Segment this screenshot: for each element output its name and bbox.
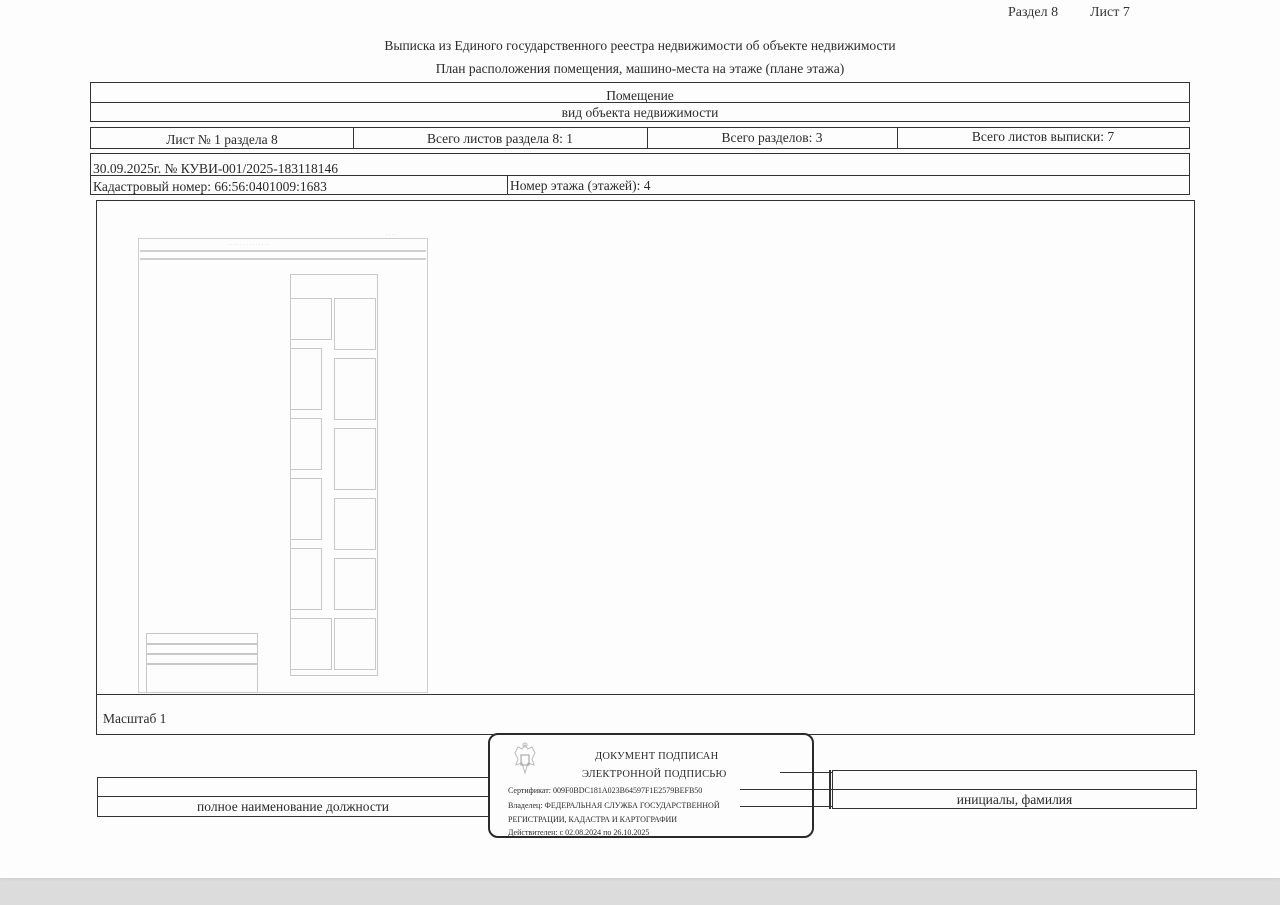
stamp-certificate: Сертификат: 009F0BDC181A023B64597F1E2579…	[508, 786, 702, 795]
sheet-info-row: Лист № 1 раздела 8 Всего листов раздела …	[90, 127, 1190, 149]
stamp-line-2: ЭЛЕКТРОННОЙ ПОДПИСЬЮ	[582, 769, 727, 780]
e-signature-stamp: ДОКУМЕНТ ПОДПИСАН ЭЛЕКТРОННОЙ ПОДПИСЬЮ С…	[488, 733, 814, 838]
section-label: Раздел 8	[1008, 5, 1058, 21]
total-sheets-extract: Всего листов выписки: 7	[897, 129, 1189, 145]
sheet-label: Лист 7	[1090, 5, 1130, 21]
name-caption: инициалы, фамилия	[833, 792, 1196, 808]
object-type-box: Помещение вид объекта недвижимости	[90, 82, 1190, 122]
stamp-line-1: ДОКУМЕНТ ПОДПИСАН	[595, 751, 718, 762]
name-field: инициалы, фамилия	[832, 770, 1197, 809]
floor-number: Номер этажа (этажей): 4	[510, 178, 651, 194]
floor-plan-image: · · · · · · · · · · · · · · · · · ·	[138, 238, 428, 693]
position-caption: полное наименование должности	[98, 799, 488, 815]
cadastral-number: Кадастровый номер: 66:56:0401009:1683	[93, 179, 327, 195]
coat-of-arms-icon	[510, 741, 540, 777]
position-field: полное наименование должности	[97, 777, 488, 817]
document-subtitle: План расположения помещения, машино-мест…	[0, 61, 1280, 77]
stamp-owner-line-1: Владелец: ФЕДЕРАЛЬНАЯ СЛУЖБА ГОСУДАРСТВЕ…	[508, 801, 720, 810]
stamp-owner-line-2: РЕГИСТРАЦИИ, КАДАСТРА И КАРТОГРАФИИ	[508, 815, 677, 824]
stamp-validity: Действителен: с 02.08.2024 по 26.10.2025	[508, 828, 649, 837]
scale-label: Масштаб 1	[103, 711, 166, 727]
object-type-caption: вид объекта недвижимости	[91, 105, 1189, 121]
sheet-of-section: Лист № 1 раздела 8	[91, 132, 353, 148]
document-page: Раздел 8 Лист 7 Выписка из Единого госуд…	[0, 0, 1280, 878]
total-sheets-section: Всего листов раздела 8: 1	[353, 131, 647, 147]
document-title: Выписка из Единого государственного реес…	[0, 38, 1280, 54]
record-box: 30.09.2025г. № КУВИ-001/2025-183118146 К…	[90, 153, 1190, 195]
total-sections: Всего разделов: 3	[647, 130, 897, 146]
